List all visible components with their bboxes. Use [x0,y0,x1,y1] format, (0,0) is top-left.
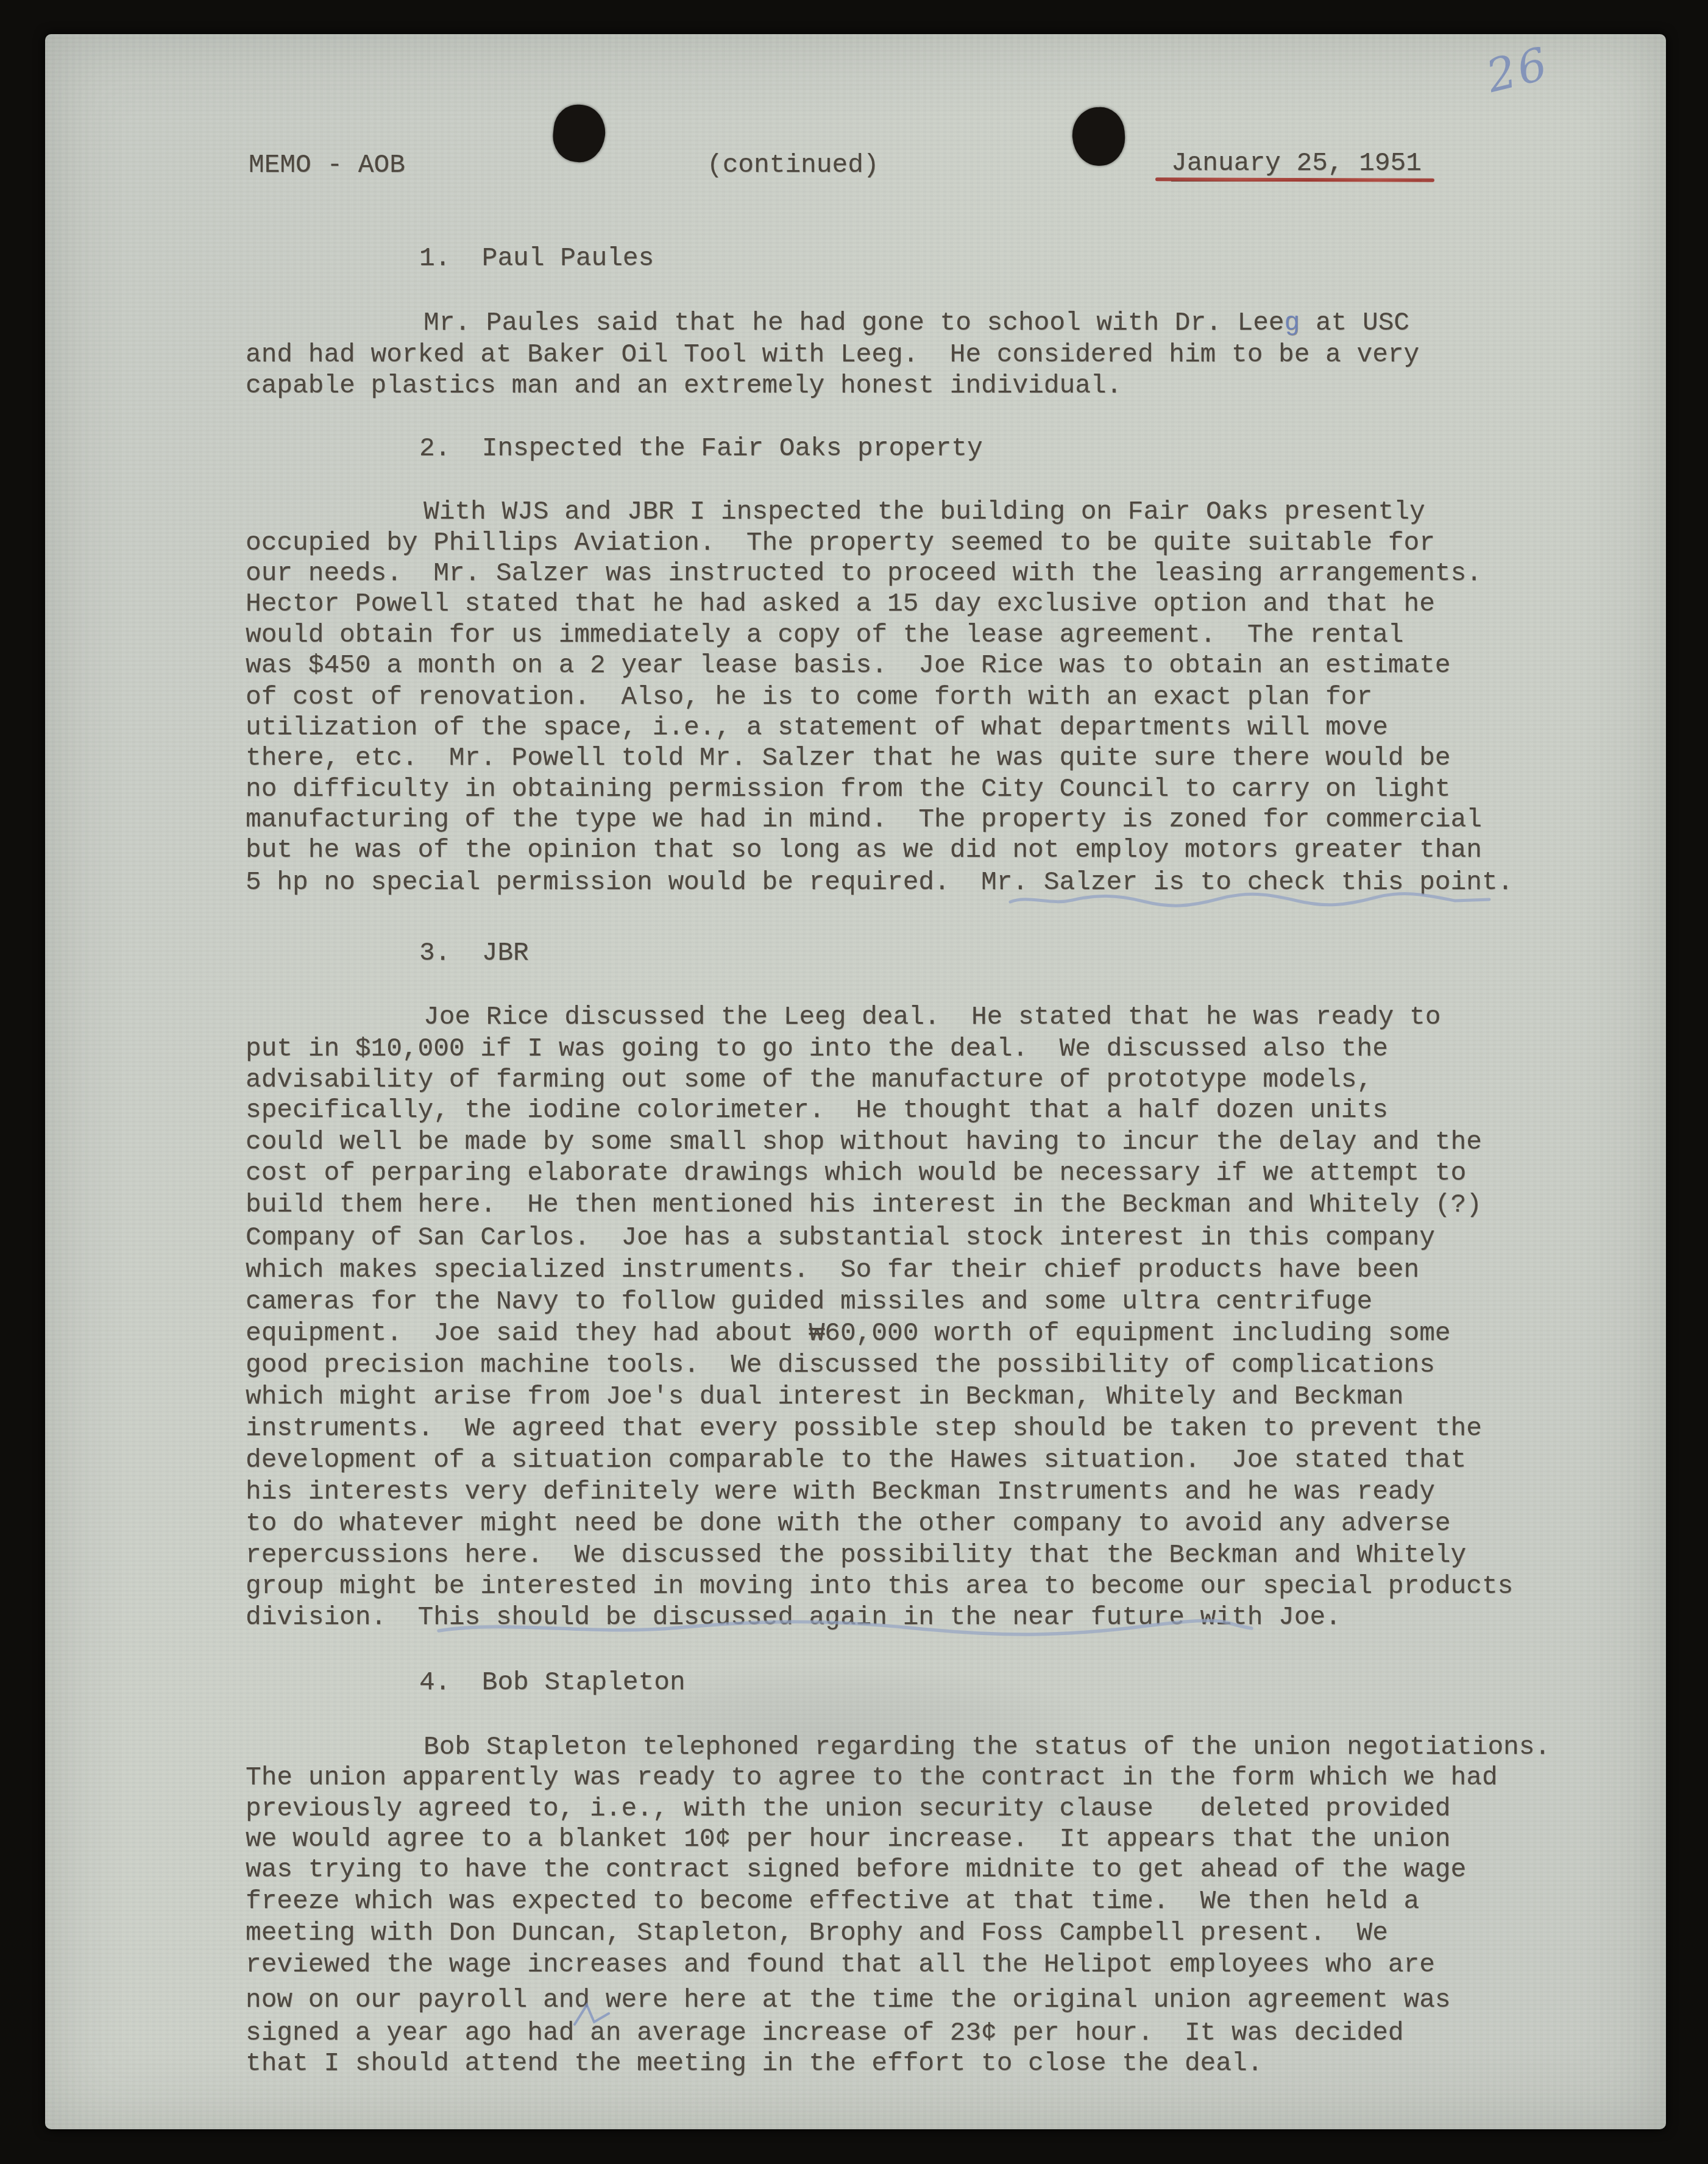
typed-line: specifically, the iodine colorimeter. He… [246,1096,1388,1125]
typed-line: signed a year ago had an average increas… [246,2018,1404,2048]
section-heading-2: 2. Inspected the Fair Oaks property [419,434,983,463]
typed-line: could well be made by some small shop wi… [246,1127,1482,1157]
typed-line: repercussions here. We discussed the pos… [246,1541,1466,1570]
typed-line: Hector Powell stated that he had asked a… [246,589,1435,619]
typed-line: and had worked at Baker Oil Tool with Le… [246,340,1419,369]
typed-line: capable plastics man and an extremely ho… [246,371,1122,400]
typed-line: we would agree to a blanket 10¢ per hour… [246,1825,1451,1854]
typed-line: meeting with Don Duncan, Stapleton, Brop… [246,1918,1388,1948]
typed-line: advisability of farming out some of the … [246,1065,1372,1094]
section-heading-3: 3. JBR [419,938,529,968]
typed-line: With WJS and JBR I inspected the buildin… [423,497,1425,527]
typed-line: was trying to have the contract signed b… [246,1855,1466,1884]
typed-line: occupied by Phillips Aviation. The prope… [246,528,1435,558]
typed-line: The union apparently was ready to agree … [246,1763,1498,1792]
typed-line: previously agreed to, i.e., with the uni… [246,1794,1451,1823]
handwritten-correction-g: g [1285,308,1300,338]
typed-line: that I should attend the meeting in the … [246,2049,1263,2078]
memo-title: MEMO - AOB [249,150,405,180]
typed-line: his interests very definitely were with … [246,1477,1435,1506]
typed-line: cost of perparing elaborate drawings whi… [246,1158,1466,1188]
typed-line: of cost of renovation. Also, he is to co… [246,683,1372,712]
typed-line: instruments. We agreed that every possib… [246,1414,1482,1443]
typed-line: Bob Stapleton telephoned regarding the s… [423,1733,1550,1762]
section-heading-4: 4. Bob Stapleton [419,1668,686,1697]
typed-line: no difficulty in obtaining permission fr… [246,775,1451,804]
typed-line: Company of San Carlos. Joe has a substan… [246,1223,1435,1252]
typed-line: which makes specialized instruments. So … [246,1255,1419,1285]
memo-date-text: January 25, 1951 [1171,148,1422,182]
typed-line: freeze which was expected to become effe… [246,1887,1419,1916]
typed-line: would obtain for us immediately a copy o… [246,620,1404,650]
memo-date: January 25, 1951 [1171,148,1422,178]
typed-line: Joe Rice discussed the Leeg deal. He sta… [423,1002,1440,1032]
typed-line: utilization of the space, i.e., a statem… [246,713,1388,742]
typed-line: was $450 a month on a 2 year lease basis… [246,651,1451,680]
typed-line: division. This should be discussed again… [246,1603,1341,1632]
typed-line-part: Mr. Paules said that he had gone to scho… [423,308,1285,338]
typed-line: now on our payroll and were here at the … [246,1985,1451,2015]
typed-line: good precision machine tools. We discuss… [246,1350,1435,1380]
section-heading-1: 1. Paul Paules [419,244,654,273]
typed-line: reviewed the wage increases and found th… [246,1950,1435,1979]
typed-line: 5 hp no special permission would be requ… [246,868,1513,897]
typed-line: there, etc. Mr. Powell told Mr. Salzer t… [246,743,1451,773]
typed-line: build them here. He then mentioned his i… [246,1190,1482,1219]
typed-line: cameras for the Navy to follow guided mi… [246,1287,1372,1316]
typed-line-part: at USC [1300,308,1409,338]
typed-line: group might be interested in moving into… [246,1572,1513,1601]
typed-line: put in $10,000 if I was going to go into… [246,1034,1388,1063]
typed-line: our needs. Mr. Salzer was instructed to … [246,559,1482,588]
typed-line: equipment. Joe said they had about ₩60,0… [246,1319,1451,1348]
continued-label: (continued) [707,150,879,180]
typed-line: which might arise from Joe's dual intere… [246,1382,1404,1411]
typed-line: but he was of the opinion that so long a… [246,835,1482,865]
typed-line: development of a situation comparable to… [246,1446,1466,1475]
typed-line: to do whatever might need be done with t… [246,1509,1451,1538]
typed-line: Mr. Paules said that he had gone to scho… [423,308,1409,338]
typed-line: manufacturing of the type we had in mind… [246,805,1482,834]
scanned-memo-page: { "page_annotation": {"number": "26"}, "… [0,0,1708,2164]
